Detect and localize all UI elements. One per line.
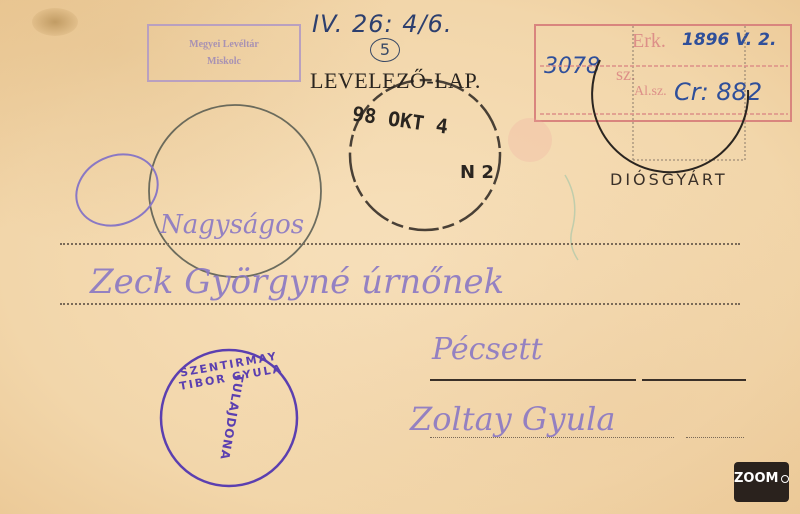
address-line3-text: Pécsett [432, 332, 543, 367]
zoom-watermark-label: ZOOM [734, 471, 778, 486]
address-line-4b [686, 437, 744, 438]
zoom-watermark: ZOOM [734, 462, 789, 502]
address-line4-text: Zoltay Gyula [410, 400, 615, 438]
postmark-center-line2: N 2 [460, 162, 494, 183]
address-line-1 [60, 243, 740, 245]
address-line2-text: Zeck Györgyné úrnőnek [90, 262, 504, 302]
address-line-2 [60, 303, 740, 305]
postmark-right-text: DIÓSGYÁRT [610, 170, 728, 189]
address-line-3b [642, 379, 746, 381]
postcard: Megyei Levéltár Miskolc IV. 26: 4/6. 5 L… [0, 0, 800, 514]
magnifier-icon [781, 475, 789, 483]
address-line1-text: Nagyságos [160, 210, 304, 240]
address-line-3a [430, 379, 636, 381]
stamp-overlay [0, 0, 800, 514]
